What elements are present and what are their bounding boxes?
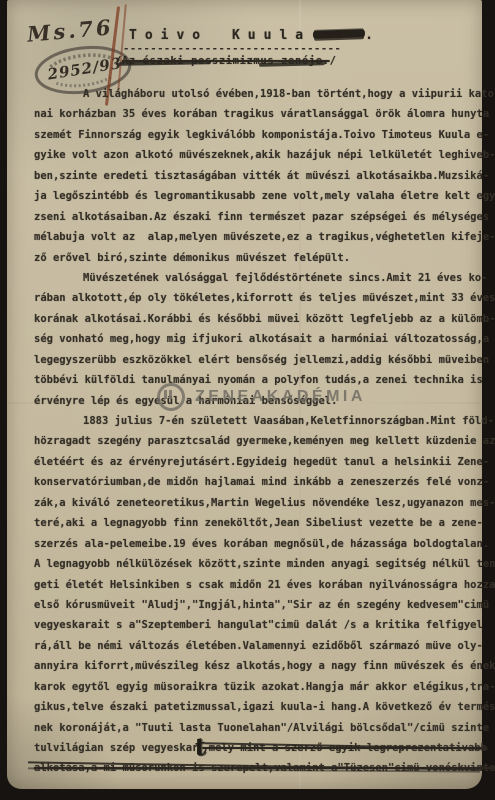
text-line: gyike volt azon alkotó müvészeknek,akik … <box>34 145 486 165</box>
text-line: A világháboru utolsó évében,1918-ban tör… <box>34 84 486 104</box>
text-line: konservatóriumban,de midőn hajlamai mind… <box>34 472 486 492</box>
text-line: karok egytől egyig müsoraikra tüzik azok… <box>34 677 486 697</box>
text-line: gikus,telve északi patetizmussal,igazi k… <box>34 697 486 717</box>
text-line: hözragadt szegény parasztcsalád gyermeke… <box>34 431 486 451</box>
title-underline-dashes: -------------------------------- <box>123 43 341 55</box>
page-title: Toivo Kuula <box>129 28 311 43</box>
title-period: . <box>365 28 381 43</box>
text-line: teré,aki a legnagyobb finn zeneköltőt,Je… <box>34 513 486 533</box>
text-line: korának alkotásai.Korábbi és későbbi müv… <box>34 309 486 329</box>
text-line: nai korházban 35 éves korában tragikus v… <box>34 104 486 124</box>
text-line: mélabuja volt az alap,melyen müvészete,e… <box>34 227 486 247</box>
text-line: ző erővel biró,szinte démonikus müvészet… <box>34 248 486 268</box>
text-line: rá,áll be némi változás életében.Valamen… <box>34 636 486 656</box>
text-line: szemét Finnország egyik legkiválóbb komp… <box>34 125 486 145</box>
text-line: ja legőszintébb és legromantikusabb zene… <box>34 186 486 206</box>
text-line: vegyeskarait s a"Szeptemberi hangulat"ci… <box>34 615 486 635</box>
text-line: annyira kiforrt,müvészileg kész alkotás,… <box>34 656 486 676</box>
subtitle-close-slash: / <box>330 55 337 67</box>
watermark-text: ZENEAKADÉMIA <box>195 388 366 406</box>
scanned-page: Ms.76 2952/93 Toivo Kuula. -------------… <box>0 0 495 800</box>
body-text: A világháboru utolsó évében,1918-ban tör… <box>34 84 486 779</box>
crossed-out-word-scribble <box>313 29 365 39</box>
text-line: rában alkotott,ép oly tökéletes,kiforrot… <box>34 288 486 308</box>
text-line: Müvészetének valósággal fejlődéstörténet… <box>34 268 486 288</box>
watermark-emblem-icon <box>157 383 185 411</box>
text-line: zseni alkotásaiban.Az északi finn termés… <box>34 207 486 227</box>
text-line: életéért és az érvényrejutásért.Egyideig… <box>34 452 486 472</box>
text-line: geti életét Helsinkiben s csak midőn 21 … <box>34 575 486 595</box>
text-line: zák,a kiváló zeneteoretikus,Martin Wegel… <box>34 493 486 513</box>
text-line: 1883 julius 7-én született Vaasában,Kele… <box>34 411 486 431</box>
text-line: legegyszerübb eszközökkel elért bensőség… <box>34 350 486 370</box>
text-line: A legnagyobb nélkülözések között,szinte … <box>34 554 486 574</box>
text-line: első kórusmüveit "Aludj","Ingjál,hinta",… <box>34 595 486 615</box>
text-line: ség vonható meg,hogy mig ifjukori alkotá… <box>34 329 486 349</box>
text-line: szerzés ala-pelemeibe.19 éves korában me… <box>34 534 486 554</box>
text-line: ben,szinte eredeti tisztaságában vitték … <box>34 166 486 186</box>
text-line: nek koronáját,a "Tuuti lasta Tuonelahan"… <box>34 718 486 738</box>
digital-watermark: ZENEAKADÉMIA <box>157 383 366 411</box>
document-title-row: Toivo Kuula. <box>129 28 381 43</box>
paper: Ms.76 2952/93 Toivo Kuula. -------------… <box>7 0 482 789</box>
